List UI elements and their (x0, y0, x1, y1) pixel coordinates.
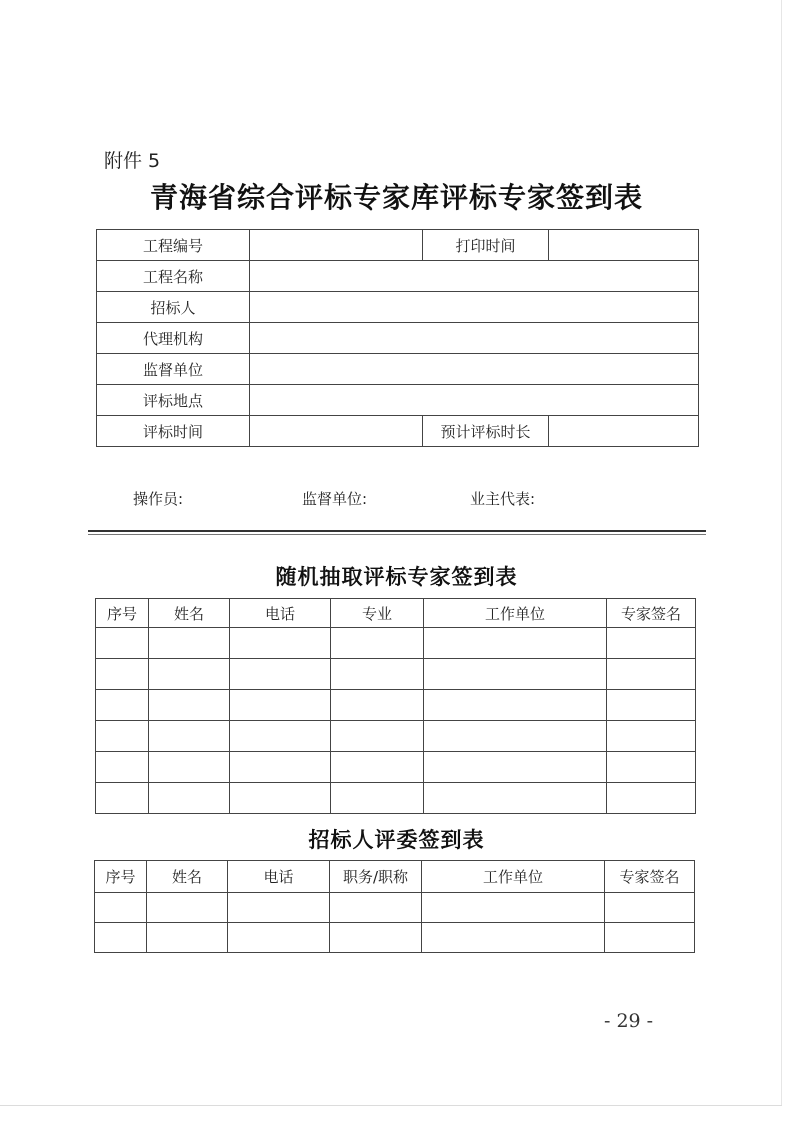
field-label: 工程编号 (97, 230, 250, 261)
field-label: 工程名称 (97, 261, 250, 292)
project-number-field[interactable] (250, 230, 423, 261)
cell-name[interactable] (149, 721, 230, 752)
project-info-row: 招标人 (97, 292, 699, 323)
cell-employer[interactable] (422, 923, 605, 953)
cell-employer[interactable] (424, 783, 607, 814)
column-header-position-title: 职务/职称 (330, 861, 422, 893)
print-time-field[interactable] (549, 230, 699, 261)
page-edge-bottom (0, 1105, 782, 1106)
cell-specialty[interactable] (331, 690, 424, 721)
column-header-specialty: 专业 (331, 599, 424, 628)
table-header-row: 序号 姓名 电话 职务/职称 工作单位 专家签名 (95, 861, 695, 893)
cell-index[interactable] (96, 721, 149, 752)
field-label: 打印时间 (423, 230, 549, 261)
field-label: 代理机构 (97, 323, 250, 354)
operator-signature-label: 操作员: (133, 488, 183, 509)
column-header-name: 姓名 (149, 599, 230, 628)
column-header-signature: 专家签名 (605, 861, 695, 893)
cell-position-title[interactable] (330, 923, 422, 953)
cell-name[interactable] (147, 893, 228, 923)
cell-employer[interactable] (424, 690, 607, 721)
column-header-name: 姓名 (147, 861, 228, 893)
cell-signature[interactable] (607, 628, 696, 659)
cell-index[interactable] (95, 923, 147, 953)
cell-signature[interactable] (607, 721, 696, 752)
table-row (96, 628, 696, 659)
cell-phone[interactable] (230, 628, 331, 659)
cell-phone[interactable] (230, 659, 331, 690)
cell-phone[interactable] (228, 923, 330, 953)
table-row (96, 690, 696, 721)
page-title: 青海省综合评标专家库评标专家签到表 (0, 176, 793, 216)
cell-employer[interactable] (424, 721, 607, 752)
page-edge-right (781, 0, 782, 1106)
evaluation-time-field[interactable] (250, 416, 423, 447)
cell-index[interactable] (96, 690, 149, 721)
cell-signature[interactable] (607, 752, 696, 783)
cell-employer[interactable] (422, 893, 605, 923)
field-label: 监督单位 (97, 354, 250, 385)
cell-name[interactable] (149, 752, 230, 783)
page-number: - 29 - (604, 1010, 653, 1032)
tenderer-committee-title: 招标人评委签到表 (0, 824, 793, 854)
column-header-phone: 电话 (228, 861, 330, 893)
cell-index[interactable] (95, 893, 147, 923)
field-label: 预计评标时长 (423, 416, 549, 447)
cell-phone[interactable] (230, 721, 331, 752)
table-row (95, 923, 695, 953)
table-row (95, 893, 695, 923)
column-header-index: 序号 (96, 599, 149, 628)
cell-signature[interactable] (607, 783, 696, 814)
column-header-signature: 专家签名 (607, 599, 696, 628)
project-info-row: 代理机构 (97, 323, 699, 354)
project-info-row: 工程名称 (97, 261, 699, 292)
cell-phone[interactable] (228, 893, 330, 923)
cell-signature[interactable] (607, 690, 696, 721)
tenderer-committee-table: 序号 姓名 电话 职务/职称 工作单位 专家签名 (94, 860, 695, 953)
tenderer-field[interactable] (250, 292, 699, 323)
attachment-label: 附件 5 (104, 146, 160, 173)
cell-specialty[interactable] (331, 721, 424, 752)
table-row (96, 659, 696, 690)
cell-name[interactable] (149, 628, 230, 659)
cell-specialty[interactable] (331, 659, 424, 690)
cell-specialty[interactable] (331, 752, 424, 783)
project-info-row: 工程编号 打印时间 (97, 230, 699, 261)
cell-employer[interactable] (424, 628, 607, 659)
column-header-employer: 工作单位 (422, 861, 605, 893)
cell-name[interactable] (149, 659, 230, 690)
estimated-duration-field[interactable] (549, 416, 699, 447)
supervisor-signature-label: 监督单位: (302, 488, 367, 509)
divider-line (88, 534, 706, 535)
supervisor-field[interactable] (250, 354, 699, 385)
project-name-field[interactable] (250, 261, 699, 292)
column-header-index: 序号 (95, 861, 147, 893)
table-row (96, 721, 696, 752)
table-row (96, 783, 696, 814)
divider-line (88, 530, 706, 532)
evaluation-location-field[interactable] (250, 385, 699, 416)
column-header-phone: 电话 (230, 599, 331, 628)
field-label: 评标时间 (97, 416, 250, 447)
cell-signature[interactable] (607, 659, 696, 690)
cell-index[interactable] (96, 752, 149, 783)
column-header-employer: 工作单位 (424, 599, 607, 628)
random-experts-title: 随机抽取评标专家签到表 (0, 561, 793, 591)
table-row (96, 752, 696, 783)
cell-position-title[interactable] (330, 893, 422, 923)
agency-field[interactable] (250, 323, 699, 354)
cell-phone[interactable] (230, 690, 331, 721)
cell-specialty[interactable] (331, 783, 424, 814)
cell-name[interactable] (147, 923, 228, 953)
owner-rep-signature-label: 业主代表: (470, 488, 535, 509)
cell-employer[interactable] (424, 752, 607, 783)
project-info-table: 工程编号 打印时间 工程名称 招标人 代理机构 监督单位 评标地点 评标时间 预… (96, 229, 699, 447)
cell-index[interactable] (96, 628, 149, 659)
cell-name[interactable] (149, 783, 230, 814)
cell-phone[interactable] (230, 783, 331, 814)
cell-index[interactable] (96, 659, 149, 690)
cell-phone[interactable] (230, 752, 331, 783)
field-label: 评标地点 (97, 385, 250, 416)
cell-signature[interactable] (605, 893, 695, 923)
cell-specialty[interactable] (331, 628, 424, 659)
random-experts-table: 序号 姓名 电话 专业 工作单位 专家签名 (95, 598, 696, 814)
cell-signature[interactable] (605, 923, 695, 953)
field-label: 招标人 (97, 292, 250, 323)
project-info-row: 评标时间 预计评标时长 (97, 416, 699, 447)
table-header-row: 序号 姓名 电话 专业 工作单位 专家签名 (96, 599, 696, 628)
project-info-row: 评标地点 (97, 385, 699, 416)
cell-employer[interactable] (424, 659, 607, 690)
cell-name[interactable] (149, 690, 230, 721)
project-info-row: 监督单位 (97, 354, 699, 385)
cell-index[interactable] (96, 783, 149, 814)
